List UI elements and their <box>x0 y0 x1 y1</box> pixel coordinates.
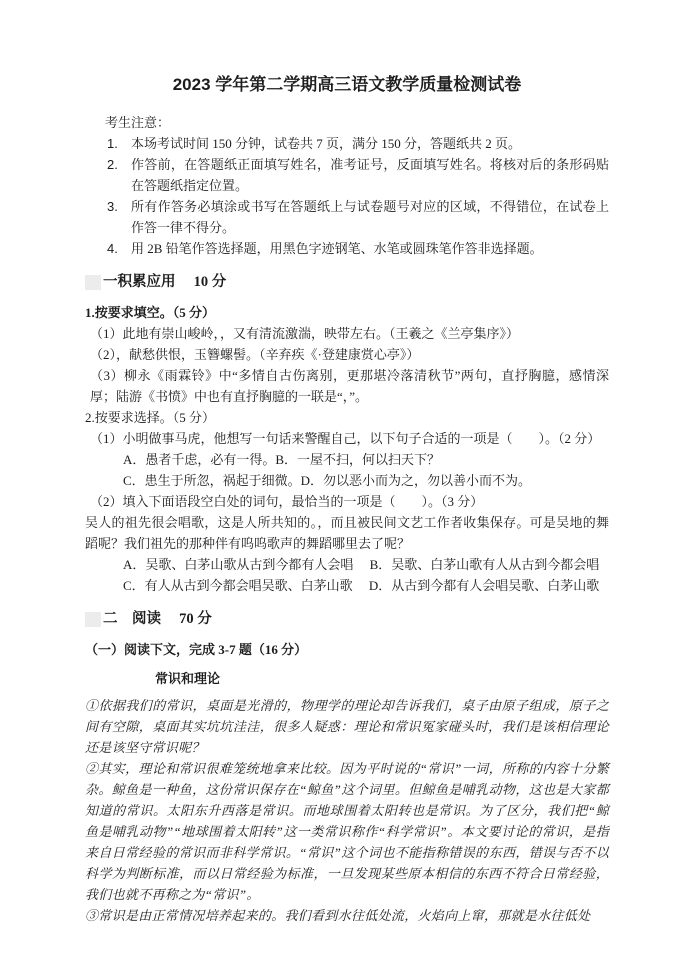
question-2-sub2-options-ab: A．吴歌、白茅山歌从古到今都有人会唱 B．吴歌、白茅山歌有人从古到今都会唱 <box>85 554 609 575</box>
highlight-artifact <box>85 612 101 627</box>
highlight-artifact <box>85 275 101 290</box>
passage-paragraph-1: ①依据我们的常识，桌面是光滑的，物理学的理论却告诉我们，桌子由原子组成，原子之间… <box>85 695 609 758</box>
notice-heading: 考生注意： <box>105 112 609 133</box>
passage-title: 常识和理论 <box>155 668 609 689</box>
question-1-title: 1.按要求填空。（5 分） <box>85 302 609 323</box>
section2-heading-label: 二 阅读 70 分 <box>103 610 212 629</box>
question-1: 1.按要求填空。（5 分） （1）此地有崇山峻岭，，又有清流激湍，映带左右。（王… <box>85 302 609 407</box>
notice-item: 用 2B 铅笔作答选择题，用黑色字迹钢笔、水笔或圆珠笔作答非选择题。 <box>131 238 609 259</box>
reading-part1-heading: （一）阅读下文，完成 3-7 题（16 分） <box>85 639 609 660</box>
candidate-notice: 考生注意： 本场考试时间 150 分钟，试卷共 7 页，满分 150 分，答题纸… <box>105 112 609 259</box>
section1-heading-label: 一积累应用 10 分 <box>103 273 226 292</box>
question-2-sub2-options-cd: C．有人从古到今都会唱吴歌、白茅山歌 D．从古到今都有人会唱吴歌、白茅山歌 <box>85 575 609 596</box>
exam-paper-page: 2023 学年第二学期高三语文教学质量检测试卷 考生注意： 本场考试时间 150… <box>0 0 691 977</box>
notice-item: 本场考试时间 150 分钟，试卷共 7 页，满分 150 分，答题纸共 2 页。 <box>131 133 609 154</box>
question-2-sub1-options-cd: C．患生于所忽，祸起于细微。D．勿以恶小而为之，勿以善小而不为。 <box>85 470 609 491</box>
question-2: 2.按要求选择。（5 分） （1）小明做事马虎，他想写一句话来警醒自己，以下句子… <box>85 407 609 596</box>
question-1-item: （2），献愁供恨，玉簪螺髻。（辛弃疾《·登建康赏心亭》） <box>85 344 609 365</box>
question-2-title: 2.按要求选择。（5 分） <box>85 407 609 428</box>
question-2-sub1: （1）小明做事马虎，他想写一句话来警醒自己，以下句子合适的一项是（ ）。（2 分… <box>85 428 609 449</box>
notice-item: 作答前，在答题纸正面填写姓名，准考证号，反面填写姓名。将核对后的条形码贴在答题纸… <box>131 154 609 196</box>
section2-heading: 二 阅读 70 分 <box>85 610 609 629</box>
passage-paragraph-3: ③常识是由正常情况培养起来的。我们看到水往低处流，火焰向上窜，那就是水往低处 <box>85 905 609 926</box>
question-2-sub2-passage: 吴人的祖先很会唱歌，这是人所共知的。，而且被民间文艺工作者收集保存。可是吴地的舞… <box>85 512 609 554</box>
notice-list: 本场考试时间 150 分钟，试卷共 7 页，满分 150 分，答题纸共 2 页。… <box>105 133 609 259</box>
question-1-item: （3）柳永《雨霖铃》中“多情自古伤离别，更那堪冷落清秋节”两句，直抒胸臆，感情深… <box>85 365 609 407</box>
page-title: 2023 学年第二学期高三语文教学质量检测试卷 <box>85 74 609 96</box>
question-1-item: （1）此地有崇山峻岭，，又有清流激湍，映带左右。（王羲之《兰亭集序》） <box>85 323 609 344</box>
notice-item: 所有作答务必填涂或书写在答题纸上与试卷题号对应的区域，不得错位，在试卷上作答一律… <box>131 196 609 238</box>
question-2-sub2: （2）填入下面语段空白处的词句，最恰当的一项是（ ）。（3 分） <box>85 491 609 512</box>
passage-paragraph-2: ②其实，理论和常识很难笼统地拿来比较。因为平时说的“常识”一词，所称的内容十分繁… <box>85 758 609 905</box>
reading-passage: ①依据我们的常识，桌面是光滑的，物理学的理论却告诉我们，桌子由原子组成，原子之间… <box>85 695 609 926</box>
section1-heading: 一积累应用 10 分 <box>85 273 609 292</box>
question-2-sub1-options-ab: A．愚者千虑，必有一得。B．一屋不扫，何以扫天下？ <box>85 449 609 470</box>
